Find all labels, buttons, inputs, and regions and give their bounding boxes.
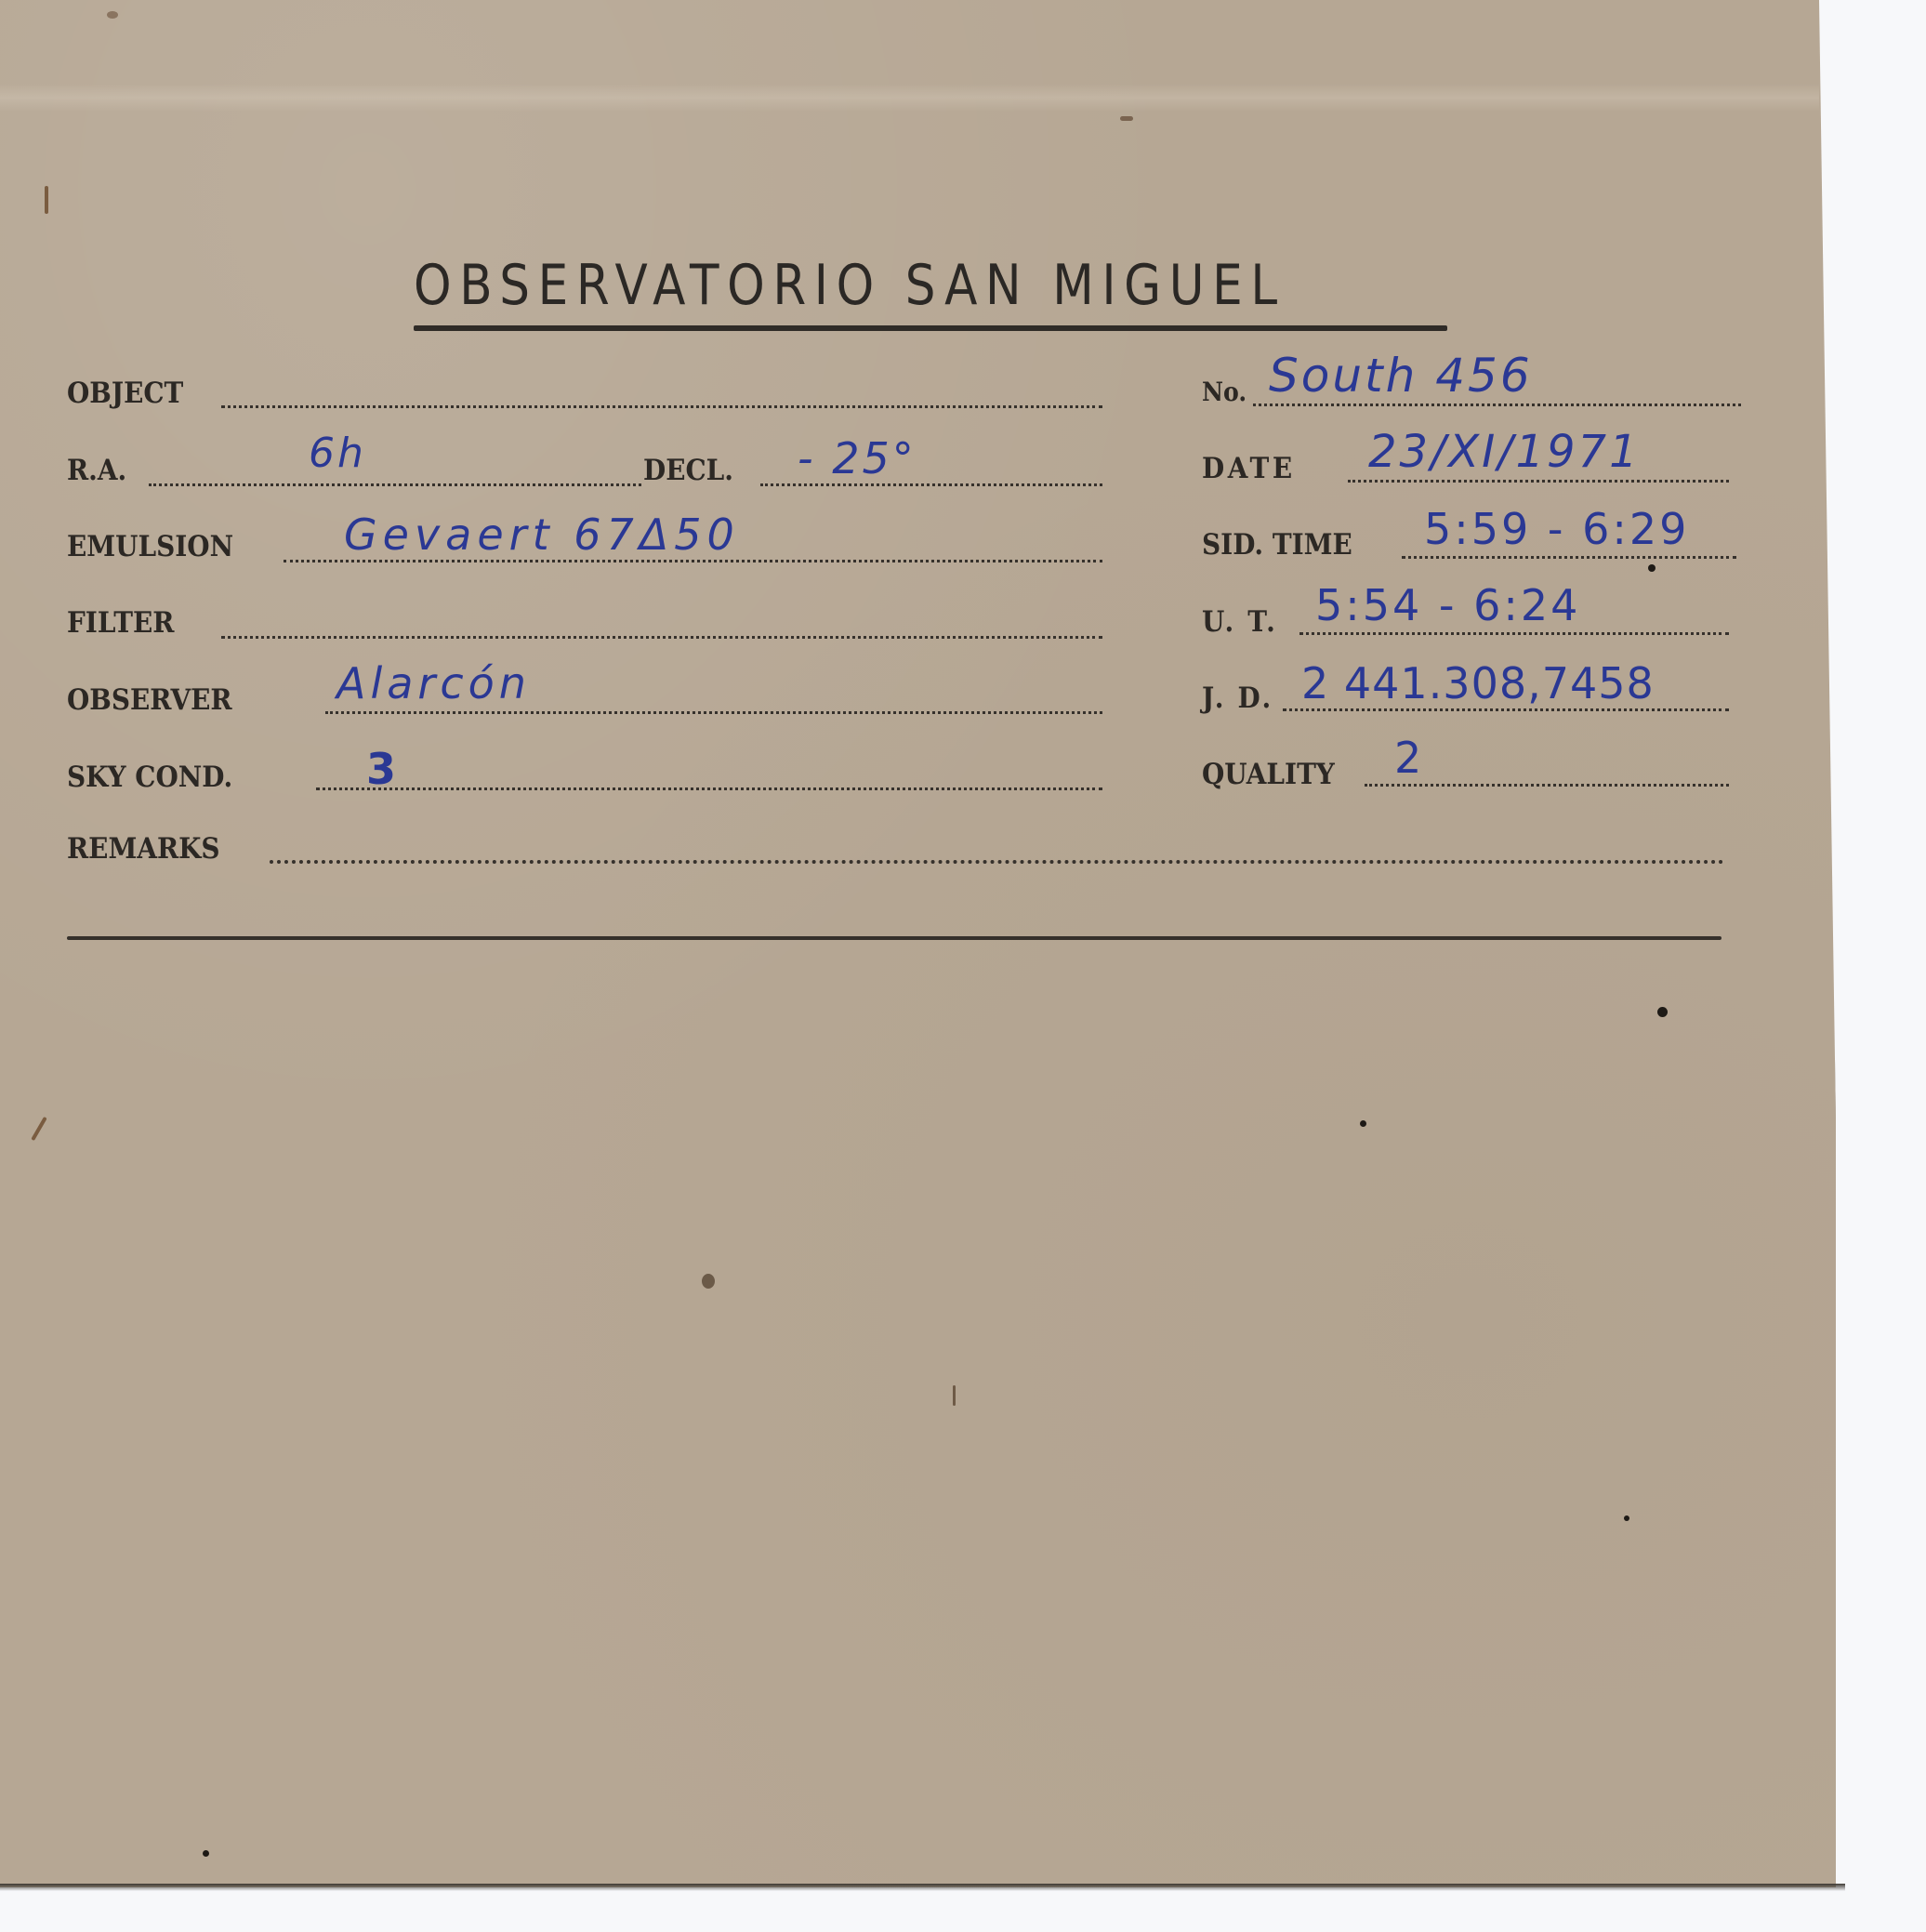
ra-label: R.A. <box>67 454 126 487</box>
decl-label: DECL. <box>643 454 733 487</box>
filter-label: FILTER <box>67 606 174 640</box>
paper-fleck <box>953 1385 956 1406</box>
number-field-line <box>1253 404 1741 406</box>
observer-label: OBSERVER <box>67 683 232 717</box>
remarks-second-line <box>67 936 1722 940</box>
object-label: OBJECT <box>67 377 183 410</box>
object-field-line <box>221 405 1102 408</box>
paper-fold-crease <box>0 84 1819 112</box>
jd-value[interactable]: 2 441.308,7458 <box>1301 658 1655 708</box>
sid-time-field-line <box>1402 556 1736 559</box>
paper-fleck <box>107 11 118 19</box>
paper-fleck <box>1648 564 1656 572</box>
document-title: OBSERVATORIO SAN MIGUEL <box>414 253 1305 318</box>
jd-field-line <box>1283 708 1729 711</box>
number-value[interactable]: South 456 <box>1269 349 1533 403</box>
paper-fleck <box>1624 1515 1629 1521</box>
paper-fleck <box>45 186 48 214</box>
title-underline <box>414 325 1447 331</box>
jd-label: J. D. <box>1202 681 1273 715</box>
remarks-field-line <box>270 860 1724 864</box>
ut-field-line <box>1299 632 1729 635</box>
paper-edge-shadow <box>0 1884 1845 1891</box>
sid-time-value[interactable]: 5:59 - 6:29 <box>1424 504 1689 554</box>
ut-value[interactable]: 5:54 - 6:24 <box>1315 580 1580 630</box>
paper-fleck <box>1120 116 1133 121</box>
observer-field-line <box>325 711 1102 714</box>
date-value[interactable]: 23/XI/1971 <box>1368 426 1641 478</box>
paper-fleck <box>1360 1120 1366 1127</box>
ra-field-line <box>149 483 641 486</box>
date-field-line <box>1348 480 1729 483</box>
quality-label: QUALITY <box>1202 758 1335 791</box>
quality-value[interactable]: 2 <box>1394 733 1424 783</box>
ut-label: U. T. <box>1202 605 1278 639</box>
emulsion-field-line <box>284 560 1102 562</box>
remarks-label: REMARKS <box>67 832 220 866</box>
ra-value[interactable]: 6h <box>309 430 366 477</box>
emulsion-value[interactable]: Gevaert 67Δ50 <box>344 509 740 560</box>
sky-cond-value[interactable]: 3 <box>366 744 399 794</box>
number-label: No. <box>1202 377 1247 407</box>
sid-time-label: SID. TIME <box>1202 528 1352 562</box>
paper-fleck <box>702 1274 715 1289</box>
date-label: DATE <box>1202 452 1296 485</box>
emulsion-label: EMULSION <box>67 530 233 563</box>
observer-value[interactable]: Alarcón <box>336 658 531 708</box>
paper-fleck <box>203 1850 209 1857</box>
sky-cond-field-line <box>316 787 1102 790</box>
quality-field-line <box>1365 784 1729 787</box>
decl-value[interactable]: - 25° <box>798 433 917 483</box>
filter-field-line <box>221 636 1102 639</box>
sky-cond-label: SKY COND. <box>67 761 232 794</box>
paper-fleck <box>31 1117 46 1141</box>
paper-fleck <box>1657 1007 1668 1017</box>
decl-field-line <box>760 483 1102 486</box>
